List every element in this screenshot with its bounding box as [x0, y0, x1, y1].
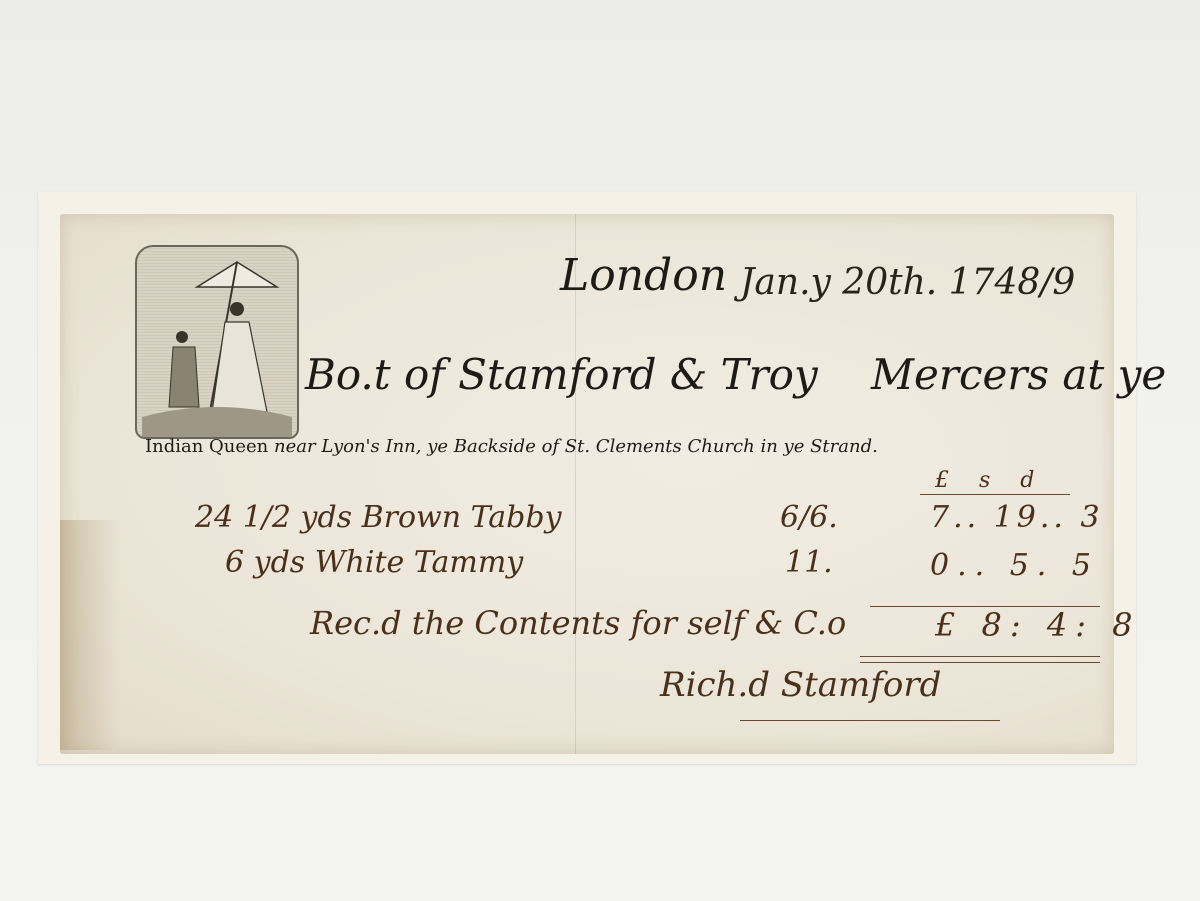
signature-underline — [740, 720, 1000, 721]
total-amount: £ 8: 4: 8 — [935, 606, 1141, 644]
city-label: London — [560, 250, 727, 301]
merchant-trade: Mercers at ye — [871, 350, 1166, 399]
currency-columns: £sd — [935, 468, 1064, 493]
item-rate: 6/6. — [780, 500, 838, 535]
receipt-acknowledgement: Rec.d the Contents for self & C.o — [310, 604, 846, 642]
engraving-icon — [137, 247, 297, 437]
item-description: 6 yds White Tammy — [225, 545, 523, 580]
merchant-name: Bo.t of Stamford & Troy — [305, 350, 818, 399]
address-text: near Lyon's Inn, ye Backside of St. Clem… — [274, 436, 878, 457]
receipt-date: Jan.y 20th. 1748/9 — [740, 262, 1075, 303]
merchant-address: Indian Queen near Lyon's Inn, ye Backsid… — [145, 436, 878, 457]
item-description: 24 1/2 yds Brown Tabby — [195, 500, 562, 535]
total-rule — [860, 656, 1100, 657]
paper-stain — [60, 520, 120, 750]
column-rule — [920, 494, 1070, 495]
total-rule-double — [860, 662, 1100, 663]
item-amount: 0.. 5. 5 — [930, 548, 1099, 583]
indian-queen-vignette — [135, 245, 299, 439]
shop-sign: Indian Queen — [145, 436, 268, 457]
item-rate: 11. — [785, 545, 833, 580]
item-amount: 7.. 19.. 3 — [930, 500, 1104, 535]
merchant-heading: Bo.t of Stamford & Troy Mercers at ye — [305, 350, 1166, 399]
signature: Rich.d Stamford — [660, 665, 941, 705]
